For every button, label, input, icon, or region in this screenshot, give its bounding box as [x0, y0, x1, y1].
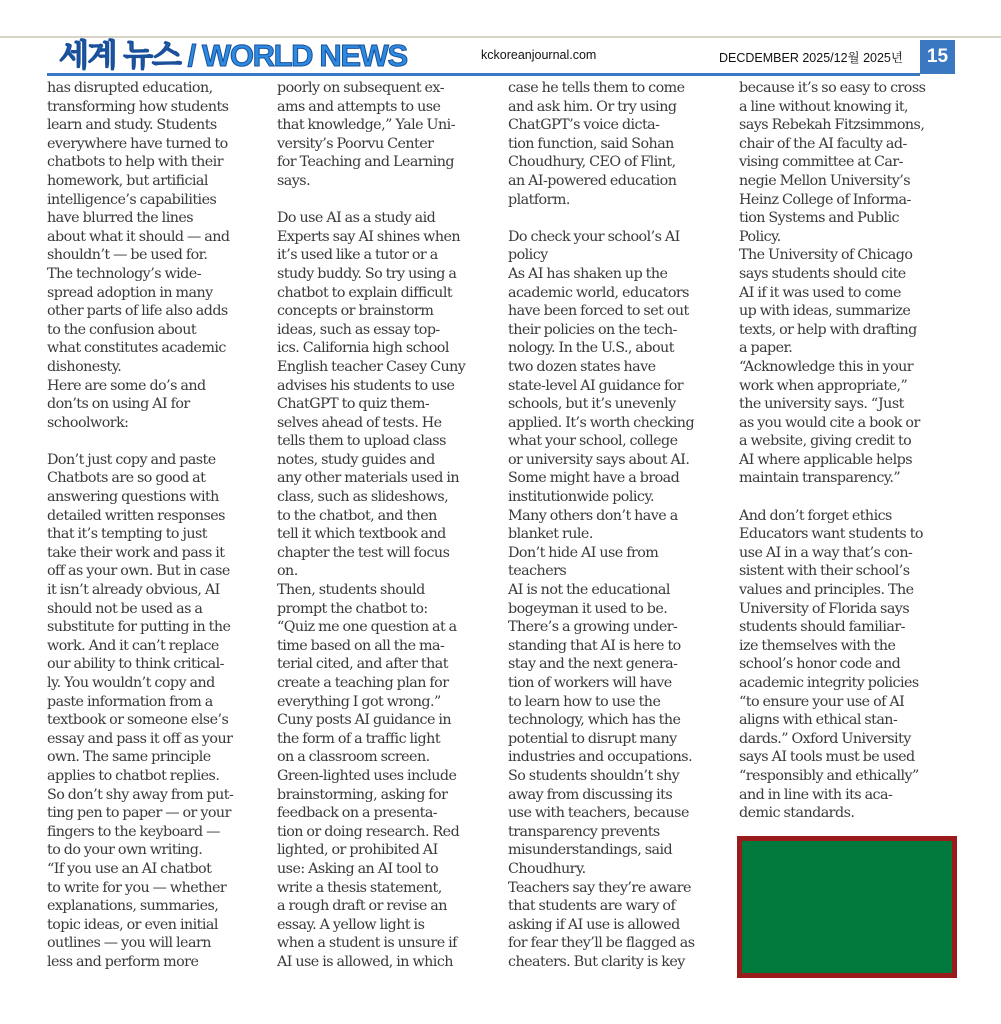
paragraph-gap [277, 191, 497, 210]
masthead: 세계 뉴스 / WORLD NEWS kckoreanjournal.com D… [47, 38, 955, 74]
paragraph: Do use AI as a study aid Experts say AI … [277, 209, 497, 971]
paragraph-gap [47, 432, 267, 451]
issue-date: DECDEMBER 2025/12월 2025년 [719, 48, 903, 66]
article-column-2: poorly on subsequent ex- ams and attempt… [277, 79, 497, 972]
paragraph-gap [739, 488, 959, 507]
masthead-divider [47, 73, 920, 76]
advertisement-placeholder [737, 836, 957, 978]
paragraph: Do check your school’s AI policy As AI h… [508, 228, 728, 972]
article-column-4: because it’s so easy to cross a line wit… [739, 79, 959, 823]
paragraph: has disrupted education, transforming ho… [47, 79, 267, 432]
site-url[interactable]: kckoreanjournal.com [481, 48, 596, 62]
paragraph: poorly on subsequent ex- ams and attempt… [277, 79, 497, 191]
paragraph-gap [508, 209, 728, 228]
paragraph: Don’t just copy and paste Chatbots are s… [47, 451, 267, 972]
paragraph: because it’s so easy to cross a line wit… [739, 79, 959, 488]
article-column-1: has disrupted education, transforming ho… [47, 79, 267, 972]
article-column-3: case he tells them to come and ask him. … [508, 79, 728, 972]
paragraph: case he tells them to come and ask him. … [508, 79, 728, 209]
section-title: 세계 뉴스 / WORLD NEWS [59, 38, 407, 74]
paragraph: And don’t forget ethics Educators want s… [739, 507, 959, 823]
page-number-badge: 15 [920, 40, 955, 74]
